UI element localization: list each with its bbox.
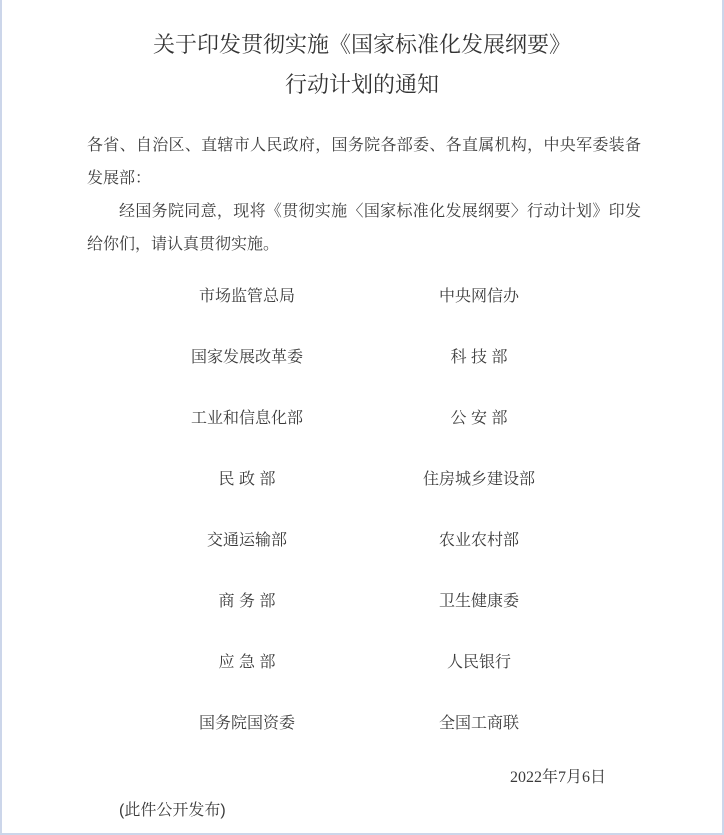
signatory-right: 全国工商联 [363, 710, 595, 733]
signatory-row: 应 急 部 人民银行 [131, 630, 595, 691]
signatory-left: 国家发展改革委 [131, 344, 363, 367]
signatory-row: 商 务 部 卫生健康委 [131, 569, 595, 630]
signatory-right: 农业农村部 [363, 527, 595, 550]
signatory-right: 公 安 部 [363, 405, 595, 428]
page-title-line1: 关于印发贯彻实施《国家标准化发展纲要》 [153, 32, 571, 57]
signatory-row: 工业和信息化部 公 安 部 [131, 386, 595, 447]
signatory-left: 商 务 部 [131, 588, 363, 611]
signatory-left: 工业和信息化部 [131, 405, 363, 428]
public-release-note: (此件公开发布) [87, 794, 722, 827]
document-page: 关于印发贯彻实施《国家标准化发展纲要》 行动计划的通知 各省、自治区、直辖市人民… [0, 0, 724, 835]
signatory-row: 市场监管总局 中央网信办 [131, 264, 595, 325]
page-title-line2: 行动计划的通知 [285, 72, 439, 97]
signatory-left: 国务院国资委 [131, 710, 363, 733]
issue-date: 2022年7月6日 [510, 761, 722, 794]
signatory-left: 交通运输部 [131, 527, 363, 550]
signatory-right: 科 技 部 [363, 344, 595, 367]
signatory-right: 住房城乡建设部 [363, 466, 595, 489]
signatory-row: 交通运输部 农业农村部 [131, 508, 595, 569]
signatory-left: 应 急 部 [131, 649, 363, 672]
signatory-list: 市场监管总局 中央网信办 国家发展改革委 科 技 部 工业和信息化部 公 安 部… [131, 264, 595, 752]
signatory-right: 中央网信办 [363, 283, 595, 306]
page-title: 关于印发贯彻实施《国家标准化发展纲要》 行动计划的通知 [2, 25, 722, 105]
signatory-right: 卫生健康委 [363, 588, 595, 611]
signatory-left: 市场监管总局 [131, 283, 363, 306]
signatory-row: 国家发展改革委 科 技 部 [131, 325, 595, 386]
signatory-row: 国务院国资委 全国工商联 [131, 691, 595, 752]
signatory-row: 民 政 部 住房城乡建设部 [131, 447, 595, 508]
signatory-left: 民 政 部 [131, 466, 363, 489]
signatory-right: 人民银行 [363, 649, 595, 672]
salutation-paragraph: 各省、自治区、直辖市人民政府，国务院各部委、各直属机构，中央军委装备发展部： [87, 129, 641, 195]
body-paragraph: 经国务院同意，现将《贯彻实施〈国家标准化发展纲要〉行动计划》印发给你们，请认真贯… [87, 195, 641, 261]
